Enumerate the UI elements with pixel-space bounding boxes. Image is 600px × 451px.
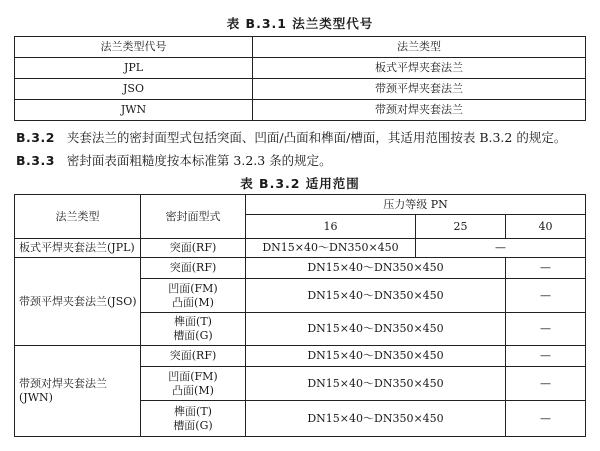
range-cell: DN15×40～DN350×450: [246, 313, 506, 346]
na-cell: —: [506, 279, 586, 313]
table-row: JSO 带颈平焊夹套法兰: [15, 79, 586, 100]
na-cell: —: [506, 313, 586, 346]
header-cell: 法兰类型: [253, 37, 586, 58]
range-cell: DN15×40～DN350×450: [246, 401, 506, 437]
table-row: 带颈平焊夹套法兰(JSO) 突面(RF) DN15×40～DN350×450 —: [15, 258, 586, 279]
seal-line: 凸面(M): [141, 296, 245, 310]
range-cell: DN15×40～DN350×450: [246, 279, 506, 313]
paragraph-b32: B.3.2夹套法兰的密封面型式包括突面、凹面/凸面和榫面/槽面，其适用范围按表 …: [16, 128, 566, 146]
na-cell: —: [506, 346, 586, 367]
type-cell: 带颈对焊夹套法兰: [253, 100, 586, 121]
header-flange-type: 法兰类型: [15, 195, 141, 239]
table-header-row: 法兰类型代号 法兰类型: [15, 37, 586, 58]
clause-text: 夹套法兰的密封面型式包括突面、凹面/凸面和榫面/槽面，其适用范围按表 B.3.2…: [67, 130, 566, 145]
table-row: JWN 带颈对焊夹套法兰: [15, 100, 586, 121]
seal-line: 榫面(T): [141, 315, 245, 329]
na-cell: —: [416, 239, 586, 258]
table-row: 带颈对焊夹套法兰(JWN) 突面(RF) DN15×40～DN350×450 —: [15, 346, 586, 367]
table-row: 板式平焊夹套法兰(JPL) 突面(RF) DN15×40～DN350×450 —: [15, 239, 586, 258]
table1-title: 表 B.3.1 法兰类型代号: [0, 14, 600, 32]
code-cell: JWN: [15, 100, 253, 121]
seal-line: 凸面(M): [141, 384, 245, 398]
seal-line: 槽面(G): [141, 329, 245, 343]
clause-number: B.3.2: [16, 130, 55, 145]
flange-type-cell: 板式平焊夹套法兰(JPL): [15, 239, 141, 258]
header-pn40: 40: [506, 215, 586, 239]
seal-cell: 榫面(T)槽面(G): [141, 313, 246, 346]
paragraph-b33: B.3.3密封面表面粗糙度按本标准第 3.2.3 条的规定。: [16, 151, 332, 169]
seal-cell: 突面(RF): [141, 239, 246, 258]
seal-cell: 突面(RF): [141, 346, 246, 367]
range-cell: DN15×40～DN350×450: [246, 346, 506, 367]
flange-type-cell: 带颈对焊夹套法兰(JWN): [15, 346, 141, 437]
seal-line: 榫面(T): [141, 405, 245, 419]
seal-line: 槽面(G): [141, 419, 245, 433]
header-seal-type: 密封面型式: [141, 195, 246, 239]
range-cell: DN15×40～DN350×450: [246, 367, 506, 401]
type-cell: 板式平焊夹套法兰: [253, 58, 586, 79]
seal-line: 凹面(FM): [141, 370, 245, 384]
table-row: JPL 板式平焊夹套法兰: [15, 58, 586, 79]
clause-number: B.3.3: [16, 153, 55, 168]
seal-cell: 凹面(FM)凸面(M): [141, 367, 246, 401]
table-header-row: 法兰类型 密封面型式 压力等级 PN: [15, 195, 586, 215]
code-cell: JPL: [15, 58, 253, 79]
clause-text: 密封面表面粗糙度按本标准第 3.2.3 条的规定。: [67, 153, 332, 168]
header-pn16: 16: [246, 215, 416, 239]
header-cell: 法兰类型代号: [15, 37, 253, 58]
flange-type-cell: 带颈平焊夹套法兰(JSO): [15, 258, 141, 346]
header-pn25: 25: [416, 215, 506, 239]
seal-cell: 榫面(T)槽面(G): [141, 401, 246, 437]
header-pressure: 压力等级 PN: [246, 195, 586, 215]
application-range-table: 法兰类型 密封面型式 压力等级 PN 16 25 40 板式平焊夹套法兰(JPL…: [14, 194, 586, 437]
type-cell: 带颈平焊夹套法兰: [253, 79, 586, 100]
na-cell: —: [506, 401, 586, 437]
code-cell: JSO: [15, 79, 253, 100]
range-cell: DN15×40～DN350×450: [246, 239, 416, 258]
na-cell: —: [506, 258, 586, 279]
seal-cell: 凹面(FM)凸面(M): [141, 279, 246, 313]
seal-line: 凹面(FM): [141, 282, 245, 296]
flange-type-code-table: 法兰类型代号 法兰类型 JPL 板式平焊夹套法兰 JSO 带颈平焊夹套法兰 JW…: [14, 36, 586, 121]
seal-cell: 突面(RF): [141, 258, 246, 279]
na-cell: —: [506, 367, 586, 401]
range-cell: DN15×40～DN350×450: [246, 258, 506, 279]
table2-title: 表 B.3.2 适用范围: [0, 174, 600, 192]
